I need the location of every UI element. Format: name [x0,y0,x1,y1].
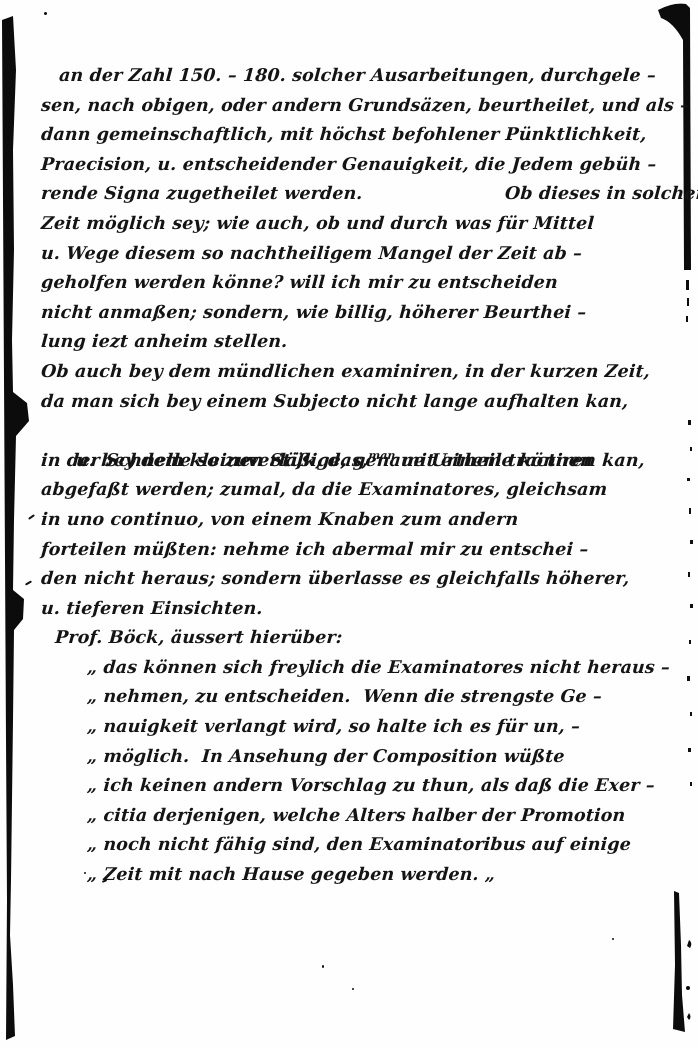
ink-speck [28,514,35,520]
ink-speck [352,988,354,990]
manuscript-line-quoted: „ ich keinen andern Vorschlag zu thun, a… [40,772,676,802]
manuscript-line: Praecision, u. entscheidender Genauigkei… [40,151,676,181]
manuscript-page: an der Zahl 150. – 180. solcher Ausarbei… [0,0,698,1048]
manuscript-line: Ob auch bey dem mündlichen examiniren, i… [40,358,676,388]
manuscript-line: abgefaßt werden; zumal, da die Examinato… [40,476,676,506]
edge-speck [687,676,690,681]
manuscript-line: lung iezt anheim stellen. [40,328,676,358]
manuscript-line: forteilen müßten: nehme ich abermal mir … [40,536,676,566]
edge-speck [688,572,690,577]
manuscript-line-quoted: „ Zeit mit nach Hause gegeben werden. „ [40,861,676,891]
manuscript-line: nicht anmaßen; sondern, wie billig, höhe… [40,299,676,329]
ink-speck [612,938,614,940]
edge-speck [690,604,693,608]
edge-speck [689,508,691,514]
edge-bar-artifact [658,885,698,1048]
manuscript-line-quoted: „ nehmen, zu entscheiden. Wenn die stren… [40,683,676,713]
manuscript-line: sen, nach obigen, oder andern Grundsäzen… [40,92,676,122]
ink-speck [44,12,47,15]
edge-speck [688,420,691,425]
edge-speck [690,782,692,786]
manuscript-line: rende Signa zugetheilet werden. Ob diese… [40,180,676,210]
edge-speck [688,748,691,752]
manuscript-line: in uno continuo, von einem Knaben zum an… [40,506,676,536]
manuscript-line: geholfen werden könne? will ich mir zu e… [40,269,676,299]
manuscript-line-quoted: „ noch nicht fähig sind, den Examinatori… [40,831,676,861]
manuscript-line: u. Wege diesem so nachtheiligem Mangel d… [40,240,676,270]
manuscript-line: u. tieferen Einsichten. [40,595,676,625]
binding-edge-artifact [0,0,40,1048]
manuscript-line: dann gemeinschaftlich, mit höchst befohl… [40,121,676,151]
edge-speck [690,540,693,544]
manuscript-line-quoted: „ möglich. In Ansehung der Composition w… [40,743,676,773]
manuscript-line-quoted: „ nauigkeit verlangt wird, so halte ich … [40,713,676,743]
edge-speck [689,640,691,644]
manuscript-line: Prof. Böck, äussert hierüber: [40,624,676,654]
edge-speck [690,447,692,451]
manuscript-line-quoted: „ citia derjenigen, welche Alters halber… [40,802,676,832]
ink-speck [322,965,324,968]
manuscript-line: u. bey dem kleinen Stük, das,man mit ein… [40,417,676,447]
manuscript-line: da man sich bey einem Subjecto nicht lan… [40,388,676,418]
manuscript-line: den nicht heraus; sondern überlasse es g… [40,565,676,595]
manuscript-line: Zeit möglich sey; wie auch, ob und durch… [40,210,676,240]
ink-speck [25,580,32,585]
edge-speck [687,478,690,481]
edge-speck [690,712,692,716]
manuscript-text: an der Zahl 150. – 180. solcher Ausarbei… [40,62,674,891]
manuscript-line-quoted: „ das können sich freylich die Examinato… [40,654,676,684]
manuscript-line: an der Zahl 150. – 180. solcher Ausarbei… [40,62,676,92]
manuscript-line: in der Schnelle so zuverläßige, genaue U… [40,447,676,477]
